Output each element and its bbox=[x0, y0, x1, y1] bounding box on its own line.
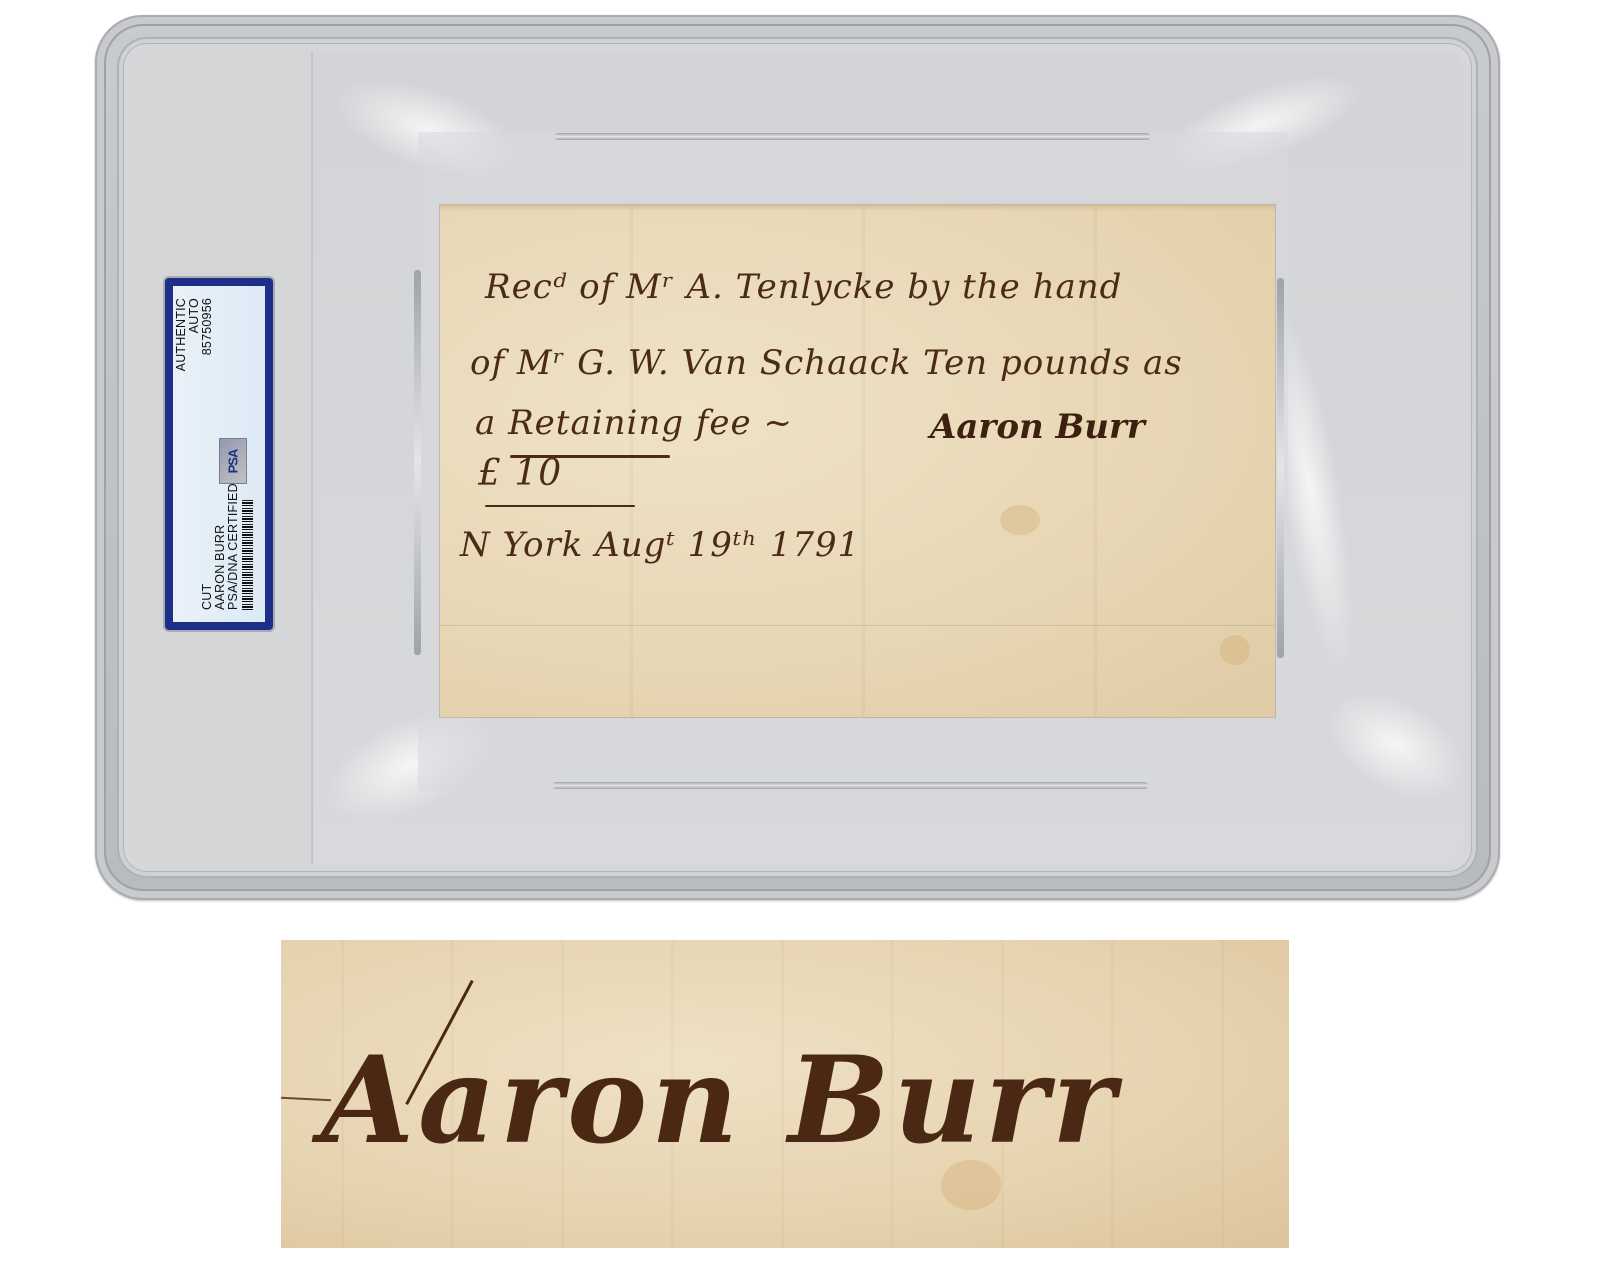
psa-certified-text: PSA/DNA CERTIFIED bbox=[227, 483, 240, 610]
receipt-dateline: N York Augᵗ 19ᵗʰ 1791 bbox=[460, 525, 860, 565]
sleeve-rod-left bbox=[414, 270, 421, 655]
psa-label-inner: CUT AARON BURR PSA/DNA CERTIFIED AUTHENT… bbox=[173, 286, 265, 622]
sleeve-rod-bottom bbox=[553, 782, 1148, 789]
amount-ten-pounds: £ 10 bbox=[478, 453, 562, 494]
psa-label-right-block: AUTHENTIC AUTO 85750956 bbox=[175, 298, 214, 371]
aaron-burr-signature: Aaron Burr bbox=[930, 407, 1145, 447]
signature-closeup-text: Aaron Burr bbox=[321, 1030, 1119, 1171]
sleeve-rod-right bbox=[1277, 278, 1284, 658]
receipt-line-3: a Retaining fee ~ bbox=[475, 403, 793, 443]
paper-fold-line bbox=[440, 625, 1275, 626]
handwritten-receipt-document: Recᵈ of Mʳ A. Tenlycke by the hand of Mʳ… bbox=[440, 205, 1275, 717]
psa-hologram-icon: PSA bbox=[219, 438, 247, 484]
amount-flourish bbox=[510, 455, 670, 458]
receipt-line-1: Recᵈ of Mʳ A. Tenlycke by the hand bbox=[485, 267, 1122, 307]
signature-closeup: Aaron Burr bbox=[281, 940, 1289, 1248]
torn-paper-edge bbox=[440, 205, 1275, 211]
psa-label-left-block: CUT AARON BURR PSA/DNA CERTIFIED bbox=[201, 483, 253, 610]
psa-cert-number: 85750956 bbox=[201, 298, 214, 371]
psa-certification-label: CUT AARON BURR PSA/DNA CERTIFIED AUTHENT… bbox=[165, 278, 273, 630]
receipt-line-2: of Mʳ G. W. Van Schaack Ten pounds as bbox=[470, 343, 1183, 383]
paper-stain bbox=[1000, 505, 1040, 535]
hologram-text: PSA bbox=[225, 449, 240, 473]
amount-underline bbox=[485, 505, 635, 507]
paper-stain bbox=[1220, 635, 1250, 665]
sleeve-rod-top bbox=[555, 133, 1150, 140]
barcode bbox=[242, 498, 253, 610]
